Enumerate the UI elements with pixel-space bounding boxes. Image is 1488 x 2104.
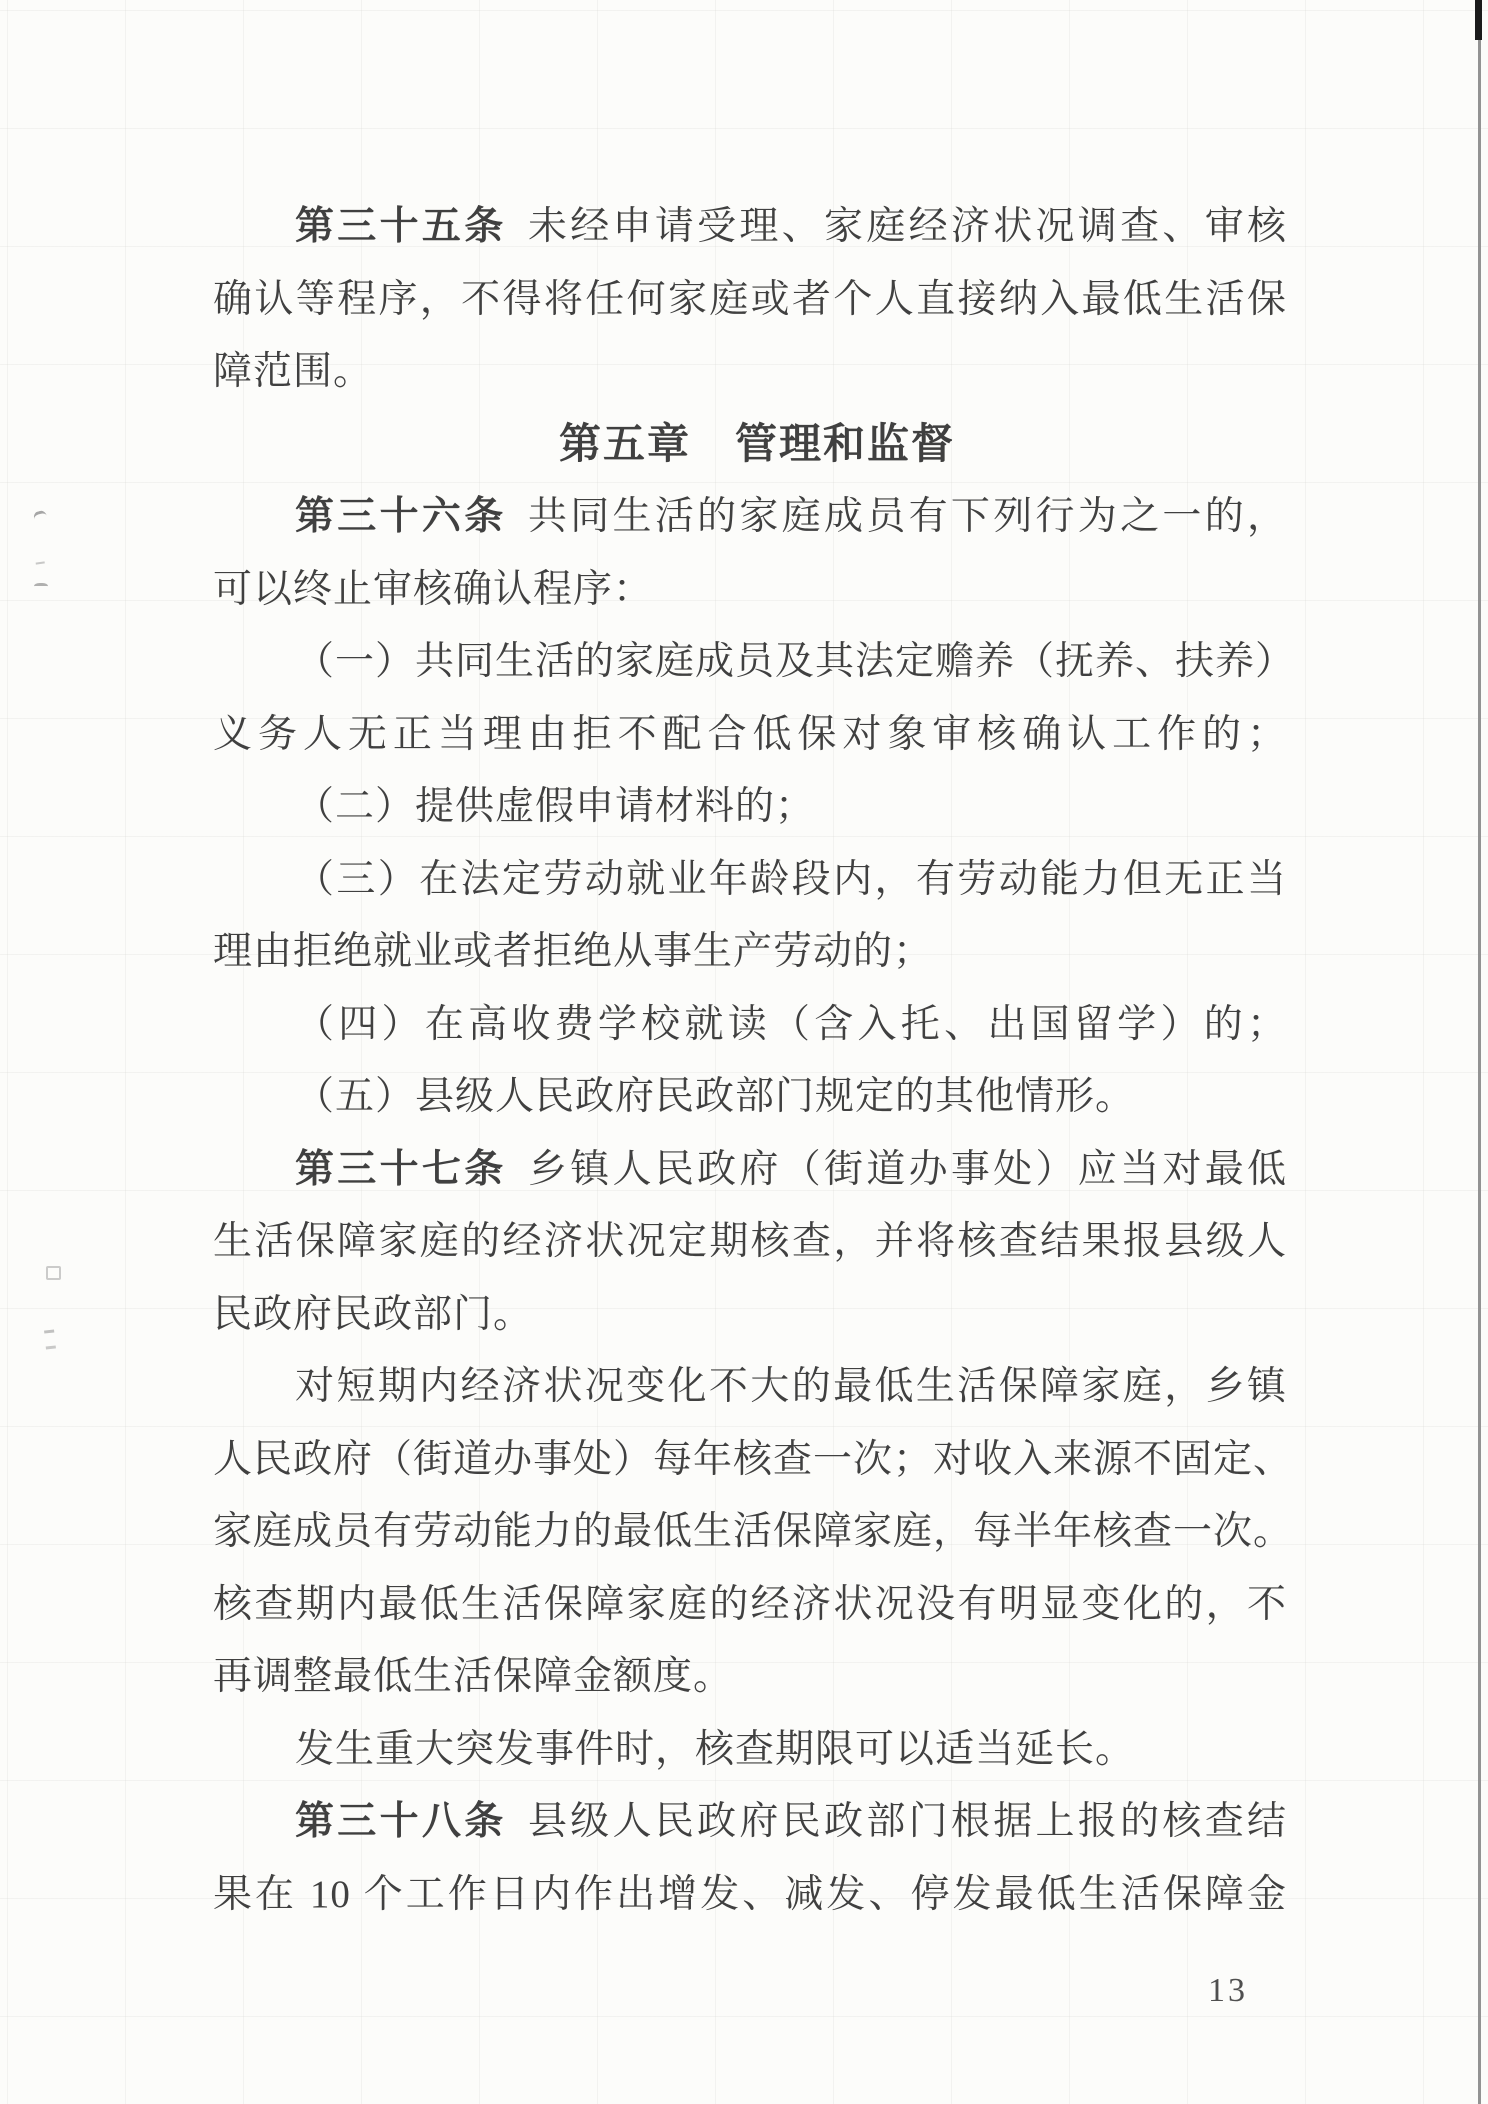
line-text: 可以终止审核确认程序： <box>213 568 653 611</box>
text-line: 可以终止审核确认程序： <box>213 554 1287 627</box>
text-line: （一）共同生活的家庭成员及其法定赡养（抚养、扶养） <box>213 626 1287 699</box>
line-text: 共同生活的家庭成员有下列行为之一的， <box>528 495 1287 538</box>
line-text: 未经申请受理、家庭经济状况调查、审核 <box>528 205 1287 248</box>
text-line: （三）在法定劳动就业年龄段内，有劳动能力但无正当 <box>213 844 1287 917</box>
scan-artifact <box>36 561 46 568</box>
line-text: 民政府民政部门。 <box>213 1293 533 1336</box>
line-text: 生活保障家庭的经济状况定期核查，并将核查结果报县级人 <box>213 1220 1287 1263</box>
scanned-document-page: { "theme": { "paper": "#fcfcfa", "ink": … <box>0 0 1488 2104</box>
line-text: 人民政府（街道办事处）每年核查一次；对收入来源不固定、 <box>213 1438 1293 1481</box>
article-number: 第三十八条 <box>295 1800 507 1843</box>
line-text: 家庭成员有劳动能力的最低生活保障家庭，每半年核查一次。 <box>213 1510 1293 1553</box>
text-line: 家庭成员有劳动能力的最低生活保障家庭，每半年核查一次。 <box>213 1496 1287 1569</box>
line-text: 乡镇人民政府（街道办事处）应当对最低 <box>528 1148 1287 1191</box>
text-line: 核查期内最低生活保障家庭的经济状况没有明显变化的，不 <box>213 1569 1287 1642</box>
line-text: 义务人无正当理由拒不配合低保对象审核确认工作的； <box>213 713 1287 756</box>
document-body: 第三十五条未经申请受理、家庭经济状况调查、审核确认等程序，不得将任何家庭或者个人… <box>213 191 1287 1931</box>
line-text: （五）县级人民政府民政部门规定的其他情形。 <box>295 1075 1135 1118</box>
scan-artifact <box>34 583 48 591</box>
text-line: 确认等程序，不得将任何家庭或者个人直接纳入最低生活保 <box>213 264 1287 337</box>
line-text: 理由拒绝就业或者拒绝从事生产劳动的； <box>213 930 933 973</box>
text-line: 第三十六条共同生活的家庭成员有下列行为之一的， <box>213 481 1287 554</box>
line-text: 确认等程序，不得将任何家庭或者个人直接纳入最低生活保 <box>213 278 1287 321</box>
line-text: 对短期内经济状况变化不大的最低生活保障家庭，乡镇 <box>295 1365 1287 1408</box>
article-number: 第三十六条 <box>295 495 507 538</box>
chapter-heading: 第五章 管理和监督 <box>213 409 1287 482</box>
line-text: 第五章 管理和监督 <box>559 422 955 468</box>
scan-artifact <box>32 509 48 525</box>
line-text: 核查期内最低生活保障家庭的经济状况没有明显变化的，不 <box>213 1583 1287 1626</box>
text-line: 对短期内经济状况变化不大的最低生活保障家庭，乡镇 <box>213 1351 1287 1424</box>
text-line: 民政府民政部门。 <box>213 1279 1287 1352</box>
text-line: （四）在高收费学校就读（含入托、出国留学）的； <box>213 989 1287 1062</box>
scan-edge-line <box>1478 0 1481 2104</box>
line-text: 再调整最低生活保障金额度。 <box>213 1655 733 1698</box>
text-line: 义务人无正当理由拒不配合低保对象审核确认工作的； <box>213 699 1287 772</box>
text-line: 发生重大突发事件时，核查期限可以适当延长。 <box>213 1714 1287 1787</box>
scan-artifact <box>44 1330 56 1350</box>
scan-edge-cap <box>1475 0 1482 40</box>
text-line: 第三十七条乡镇人民政府（街道办事处）应当对最低 <box>213 1134 1287 1207</box>
line-text: （三）在法定劳动就业年龄段内，有劳动能力但无正当 <box>295 858 1287 901</box>
text-line: 人民政府（街道办事处）每年核查一次；对收入来源不固定、 <box>213 1424 1287 1497</box>
text-line: 理由拒绝就业或者拒绝从事生产劳动的； <box>213 916 1287 989</box>
article-number: 第三十五条 <box>295 205 507 248</box>
text-line: 第三十八条县级人民政府民政部门根据上报的核查结 <box>213 1786 1287 1859</box>
line-text: 发生重大突发事件时，核查期限可以适当延长。 <box>295 1728 1135 1771</box>
line-text: （二）提供虚假申请材料的； <box>295 785 815 828</box>
article-number: 第三十七条 <box>295 1148 507 1191</box>
line-text: （四）在高收费学校就读（含入托、出国留学）的； <box>295 1003 1287 1046</box>
text-line: 生活保障家庭的经济状况定期核查，并将核查结果报县级人 <box>213 1206 1287 1279</box>
text-line: 障范围。 <box>213 336 1287 409</box>
line-text: 障范围。 <box>213 350 373 393</box>
text-line: 第三十五条未经申请受理、家庭经济状况调查、审核 <box>213 191 1287 264</box>
line-text: 果在 10 个工作日内作出增发、减发、停发最低生活保障金 <box>213 1873 1287 1916</box>
page-number: 13 <box>1208 1972 1248 2010</box>
line-text: （一）共同生活的家庭成员及其法定赡养（抚养、扶养） <box>295 640 1295 683</box>
text-line: （五）县级人民政府民政部门规定的其他情形。 <box>213 1061 1287 1134</box>
text-line: 再调整最低生活保障金额度。 <box>213 1641 1287 1714</box>
text-line: 果在 10 个工作日内作出增发、减发、停发最低生活保障金 <box>213 1859 1287 1932</box>
text-line: （二）提供虚假申请材料的； <box>213 771 1287 844</box>
line-text: 县级人民政府民政部门根据上报的核查结 <box>528 1800 1287 1843</box>
scan-artifact <box>46 1266 61 1280</box>
